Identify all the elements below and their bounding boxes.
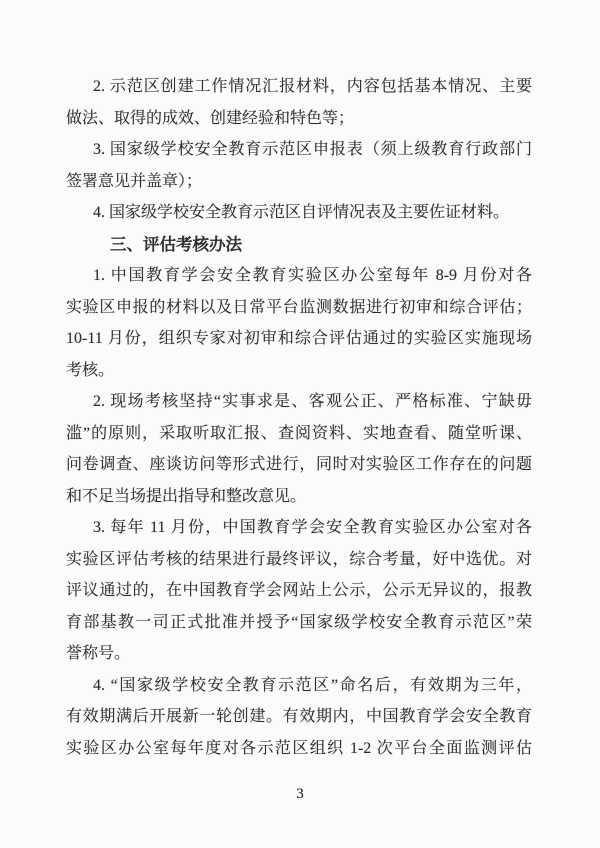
paragraph-line: 滥”的原则，采取听取汇报、查阅资料、实地查看、随堂听课、 xyxy=(66,418,532,450)
paragraph-line: 1. 中国教育学会安全教育实验区办公室每年 8-9 月份对各 xyxy=(66,260,532,292)
paragraph-line: 4. “国家级学校安全教育示范区”命名后，有效期为三年， xyxy=(66,670,532,702)
paragraph-line: 考核。 xyxy=(66,355,532,387)
paragraph-line: 和不足当场提出指导和整改意见。 xyxy=(66,481,532,513)
paragraph-line: 3. 国家级学校安全教育示范区申报表（须上级教育行政部门 xyxy=(66,134,532,166)
paragraph-line: 签署意见并盖章）； xyxy=(66,166,532,198)
section-heading: 三、评估考核办法 xyxy=(66,229,532,261)
paragraph-line: 2. 示范区创建工作情况汇报材料，内容包括基本情况、主要 xyxy=(66,71,532,103)
paragraph-line: 10-11 月份，组织专家对初审和综合评估通过的实验区实施现场 xyxy=(66,323,532,355)
paragraph-line: 评议通过的，在中国教育学会网站上公示，公示无异议的，报教 xyxy=(66,575,532,607)
paragraph-line: 有效期满后开展新一轮创建。有效期内，中国教育学会安全教育 xyxy=(66,701,532,733)
paragraph-line: 实验区申报的材料以及日常平台监测数据进行初审和综合评估； xyxy=(66,292,532,324)
paragraph-line: 做法、取得的成效、创建经验和特色等； xyxy=(66,103,532,135)
document-page: 2. 示范区创建工作情况汇报材料，内容包括基本情况、主要做法、取得的成效、创建经… xyxy=(0,0,600,848)
paragraph-line: 问卷调查、座谈访问等形式进行，同时对实验区工作存在的问题 xyxy=(66,449,532,481)
page-number: 3 xyxy=(0,786,600,803)
paragraph-line: 实验区评估考核的结果进行最终评议，综合考量，好中选优。对 xyxy=(66,544,532,576)
document-body: 2. 示范区创建工作情况汇报材料，内容包括基本情况、主要做法、取得的成效、创建经… xyxy=(66,71,532,764)
paragraph-line: 实验区办公室每年度对各示范区组织 1-2 次平台全面监测评估 xyxy=(66,733,532,765)
paragraph-line: 3. 每年 11 月份，中国教育学会安全教育实验区办公室对各 xyxy=(66,512,532,544)
paragraph-line: 育部基教一司正式批准并授予“国家级学校安全教育示范区”荣 xyxy=(66,607,532,639)
paragraph-line: 4. 国家级学校安全教育示范区自评情况表及主要佐证材料。 xyxy=(66,197,532,229)
paragraph-line: 2. 现场考核坚持“实事求是、客观公正、严格标准、宁缺毋 xyxy=(66,386,532,418)
paragraph-line: 誉称号。 xyxy=(66,638,532,670)
